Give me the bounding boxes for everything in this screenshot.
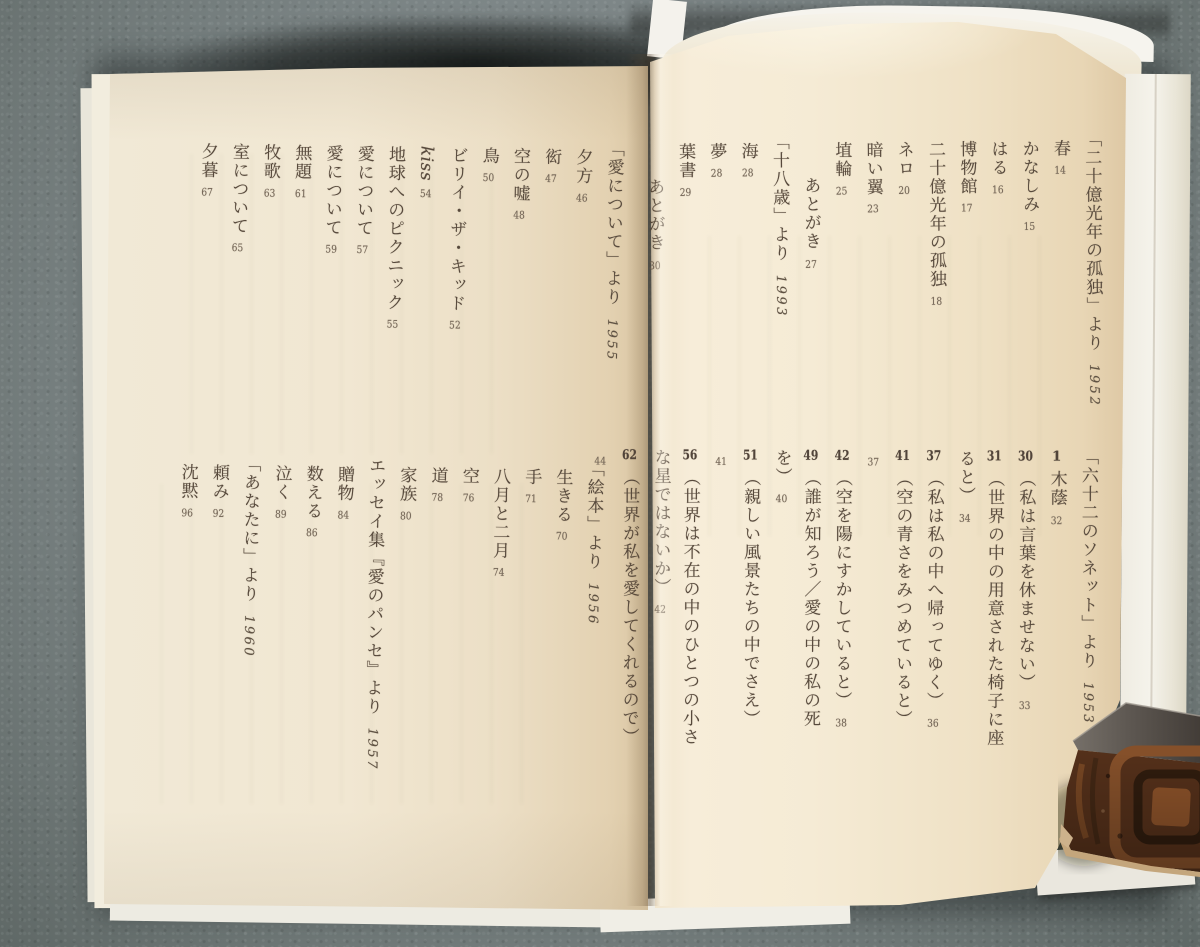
toc-entry: 室について65 (219, 134, 253, 436)
entry-title: 鳥 (479, 146, 499, 165)
entry-title: 地球へのピクニック (383, 145, 406, 312)
entry-title: 愛について (321, 144, 342, 237)
toc-section-header: 「十八歳」より1993 (763, 133, 795, 435)
entry-title: 埴輪 (831, 141, 851, 178)
entry-page-number: 76 (462, 493, 474, 504)
toc-entry: 51（親しい風景たちの中でさえ）41 (705, 447, 765, 747)
toc-entry: 沈黙96 (168, 454, 202, 770)
toc-entry: はる16 (982, 131, 1014, 433)
entry-page-number: 36 (927, 719, 939, 730)
entry-title: 手 (521, 467, 541, 486)
entry-title: あとがき (800, 177, 821, 251)
entry-title: 愛について (353, 144, 374, 237)
entry-title: （親しい風景たちの中でさえ） (739, 469, 760, 728)
section-year: 1957 (364, 728, 380, 771)
sonnet-number: 1 (1049, 450, 1065, 464)
entry-title: 暗い翼 (862, 140, 882, 196)
entry-title: 海 (738, 142, 758, 161)
entry-page-number: 23 (867, 204, 879, 215)
entry-page-number: 52 (449, 321, 461, 332)
section-year: 1955 (604, 318, 620, 361)
toc-entry: 30（私は言葉を休ませない）33 (1009, 448, 1039, 748)
toc-band-right-bottom: 「六十二のソネット」より19531木蔭3230（私は言葉を休ませない）3331（… (649, 446, 1102, 748)
entry-title: 牧歌 (260, 143, 281, 180)
toc-band-left-bottom: 「絵本」より1956生きる70手71八月と二月74空76道78家族80エッセイ集… (164, 454, 608, 776)
entry-page-number: 61 (295, 189, 307, 200)
entry-page-number: 37 (867, 458, 879, 469)
toc-entry: 夕暮67 (188, 133, 222, 435)
toc-section-header: エッセイ集『愛のパンセ』より1957 (356, 457, 390, 773)
section-title: エッセイ集『愛のパンセ』より (362, 457, 386, 716)
entry-page-number: 34 (959, 513, 971, 524)
section-year: 1952 (1086, 364, 1101, 407)
toc-entry: 泣く89 (262, 455, 296, 771)
entry-title: （世界の中の用意された椅子に座ると） (955, 450, 1004, 748)
entry-page-number: 16 (992, 185, 1004, 196)
entry-page-number: 18 (930, 296, 942, 307)
sonnet-number: 56 (682, 449, 698, 463)
entry-page-number: 96 (181, 508, 193, 519)
sonnet-number: 31 (986, 450, 1002, 464)
toc-entry: 贈物84 (325, 456, 359, 772)
section-title: 「あなたに」より (238, 455, 260, 603)
entry-title: ビリイ・ザ・キッド (445, 146, 468, 313)
entry-page-number: 40 (775, 494, 787, 505)
gutter-shadow (626, 54, 674, 906)
toc-entry: 49（誰が知ろう／愛の中の私の死を）40 (765, 447, 825, 747)
entry-page-number: 74 (493, 568, 505, 579)
entry-title: 生きる (552, 468, 573, 524)
entry-title: 数える (302, 464, 323, 520)
entry-page-number: 80 (400, 511, 412, 522)
toc-entry: 無題61 (282, 135, 316, 437)
toc-entry: 頼み92 (200, 454, 234, 770)
sonnet-number: 49 (803, 449, 819, 463)
section-year: 1960 (241, 615, 257, 658)
entry-page-number: 33 (1019, 700, 1031, 711)
entry-page-number: 47 (545, 174, 557, 185)
sonnet-number: 42 (834, 449, 850, 463)
entry-title: 沈黙 (177, 462, 198, 499)
entry-title: 空の嘘 (509, 147, 530, 203)
entry-page-number: 59 (325, 245, 337, 256)
toc-entry: 37（私は私の中へ帰ってゆく）36 (918, 447, 948, 747)
toc-section-header: 「あなたに」より1960 (231, 455, 265, 771)
toc-entry: 鳥50 (469, 138, 503, 440)
toc-entry: 牧歌63 (250, 134, 284, 436)
section-title: 「十八歳」より (769, 133, 790, 263)
toc-entry: 家族80 (387, 457, 421, 773)
entry-page-number: 67 (201, 187, 213, 198)
entry-page-number: 86 (306, 528, 318, 539)
toc-entry: 暗い翼23 (857, 132, 889, 434)
entry-page-number: 54 (420, 189, 432, 200)
entry-page-number: 29 (679, 188, 691, 199)
entry-page-number: 25 (836, 186, 848, 197)
entry-title: 木蔭 (1047, 470, 1067, 507)
entry-title: 春 (1050, 139, 1070, 158)
toc-entry: 夢28 (701, 133, 733, 435)
section-year: 1956 (585, 583, 601, 626)
entry-title: （空の青さをみつめていると） (892, 470, 913, 729)
entry-title: 道 (427, 466, 447, 485)
entry-title: （誰が知ろう／愛の中の私の死を） (772, 449, 821, 728)
entry-title: 衒 (541, 147, 561, 166)
entry-title: 泣く (271, 464, 292, 501)
entry-page-number: 92 (212, 508, 224, 519)
wooden-stamp (1058, 686, 1200, 891)
entry-page-number: 50 (482, 173, 494, 184)
entry-title: 葉書 (675, 142, 695, 179)
toc-entry: 春14 (1045, 130, 1077, 432)
entry-page-number: 70 (556, 532, 568, 543)
section-title: 「六十二のソネット」より (1077, 448, 1098, 670)
entry-title: 家族 (396, 466, 417, 503)
entry-page-number: 14 (1054, 166, 1066, 177)
entry-title: 無題 (291, 143, 312, 180)
toc-entry: 42（空を陽にすかしていると）38 (826, 447, 856, 747)
entry-title: ネロ (894, 140, 914, 177)
entry-page-number: 63 (263, 188, 275, 199)
entry-page-number: 15 (1023, 222, 1035, 233)
entry-title: （私は私の中へ帰ってゆく） (923, 470, 944, 711)
entry-page-number: 20 (898, 186, 910, 197)
sonnet-number: 37 (926, 449, 942, 463)
section-title: 「絵本」より (582, 460, 604, 571)
entry-page-number: 17 (961, 204, 973, 215)
toc-entry: あとがき27 (795, 132, 827, 434)
entry-page-number: 38 (835, 718, 847, 729)
entry-page-number: 89 (275, 509, 287, 520)
entry-title: 頼み (209, 463, 230, 500)
toc-entry: ビリイ・ザ・キッド52 (438, 137, 472, 439)
entry-page-number: 27 (805, 259, 817, 270)
toc-band-left-top: 「愛について」より1955夕方46衒47空の嘘48鳥50ビリイ・ザ・キッド52k… (187, 133, 628, 442)
sonnet-number: 51 (742, 449, 758, 463)
entry-title: 夢 (706, 142, 726, 161)
toc-section-header: 「愛について」より1955 (594, 140, 628, 442)
toc-entry: かなしみ15 (1013, 131, 1045, 433)
entry-page-number: 55 (386, 320, 398, 331)
toc-entry: 空76 (449, 458, 483, 774)
toc-section-header: 「絵本」より1956 (574, 460, 608, 776)
toc-entry: ネロ20 (888, 132, 920, 434)
toc-entry: 31（世界の中の用意された椅子に座ると）34 (949, 447, 1009, 747)
entry-title: （空を陽にすかしていると） (831, 469, 852, 710)
entry-title: 夕方 (572, 148, 593, 185)
toc-entry: 二十億光年の孤独18 (920, 131, 952, 433)
section-title: 「愛について」より (601, 140, 624, 307)
section-year: 1993 (773, 275, 788, 318)
entry-title: かなしみ (1019, 139, 1040, 213)
sonnet-number: 41 (895, 449, 911, 463)
entry-title: 八月と二月 (489, 467, 510, 560)
toc-entry: 数える86 (293, 456, 327, 772)
toc-entry: 空の嘘48 (500, 138, 534, 440)
entry-page-number: 32 (1050, 515, 1062, 526)
toc-entry: 41（空の青さをみつめていると）37 (857, 447, 917, 747)
entry-page-number: 28 (711, 169, 723, 180)
entry-page-number: 46 (576, 193, 588, 204)
toc-entry: 埴輪25 (826, 132, 858, 434)
toc-entry: kiss54 (407, 137, 441, 439)
entry-page-number: 41 (715, 457, 727, 468)
toc-entry: 夕方46 (563, 139, 597, 441)
entry-title: kiss (416, 145, 437, 180)
entry-page-number: 28 (742, 168, 754, 179)
entry-title: （私は言葉を休ませない） (1015, 470, 1036, 692)
toc-entry: 生きる70 (543, 459, 577, 775)
toc-section-header: 「二十億光年の孤独」より1952 (1076, 130, 1108, 432)
entry-title: 空 (459, 466, 479, 485)
toc-entry: 道78 (418, 457, 452, 773)
toc-entry: 衒47 (532, 139, 566, 441)
toc-entry: 八月と二月74 (481, 458, 515, 774)
sonnet-number: 30 (1017, 450, 1033, 464)
entry-page-number: 48 (513, 211, 525, 222)
entry-title: 室について (228, 142, 249, 235)
entry-page-number: 71 (525, 494, 537, 505)
entry-title: 夕暮 (197, 142, 218, 179)
entry-title: 博物館 (956, 140, 976, 196)
entry-page-number: 57 (356, 245, 368, 256)
toc-entry: 海28 (732, 133, 764, 435)
toc-entry: 博物館17 (951, 131, 983, 433)
entry-page-number: 84 (337, 510, 349, 521)
section-title: 「二十億光年の孤独」より (1081, 130, 1103, 352)
entry-title: 二十億光年の孤独 (925, 140, 946, 288)
toc-band-right-top: 「二十億光年の孤独」より1952春14かなしみ15はる16博物館17二十億光年の… (640, 130, 1108, 436)
toc-entry: 手71 (512, 459, 546, 775)
entry-title: はる (987, 139, 1007, 176)
toc-entry: 葉書29 (670, 134, 702, 436)
toc-entry: 地球へのピクニック55 (375, 136, 409, 438)
entry-page-number: 78 (431, 493, 443, 504)
toc-entry: 愛について59 (313, 135, 347, 437)
toc-entry: 愛について57 (344, 136, 378, 438)
photo-open-book: 「二十億光年の孤独」より1952春14かなしみ15はる16博物館17二十億光年の… (0, 0, 1200, 947)
entry-title: 贈物 (334, 465, 355, 502)
entry-page-number: 65 (231, 243, 243, 254)
